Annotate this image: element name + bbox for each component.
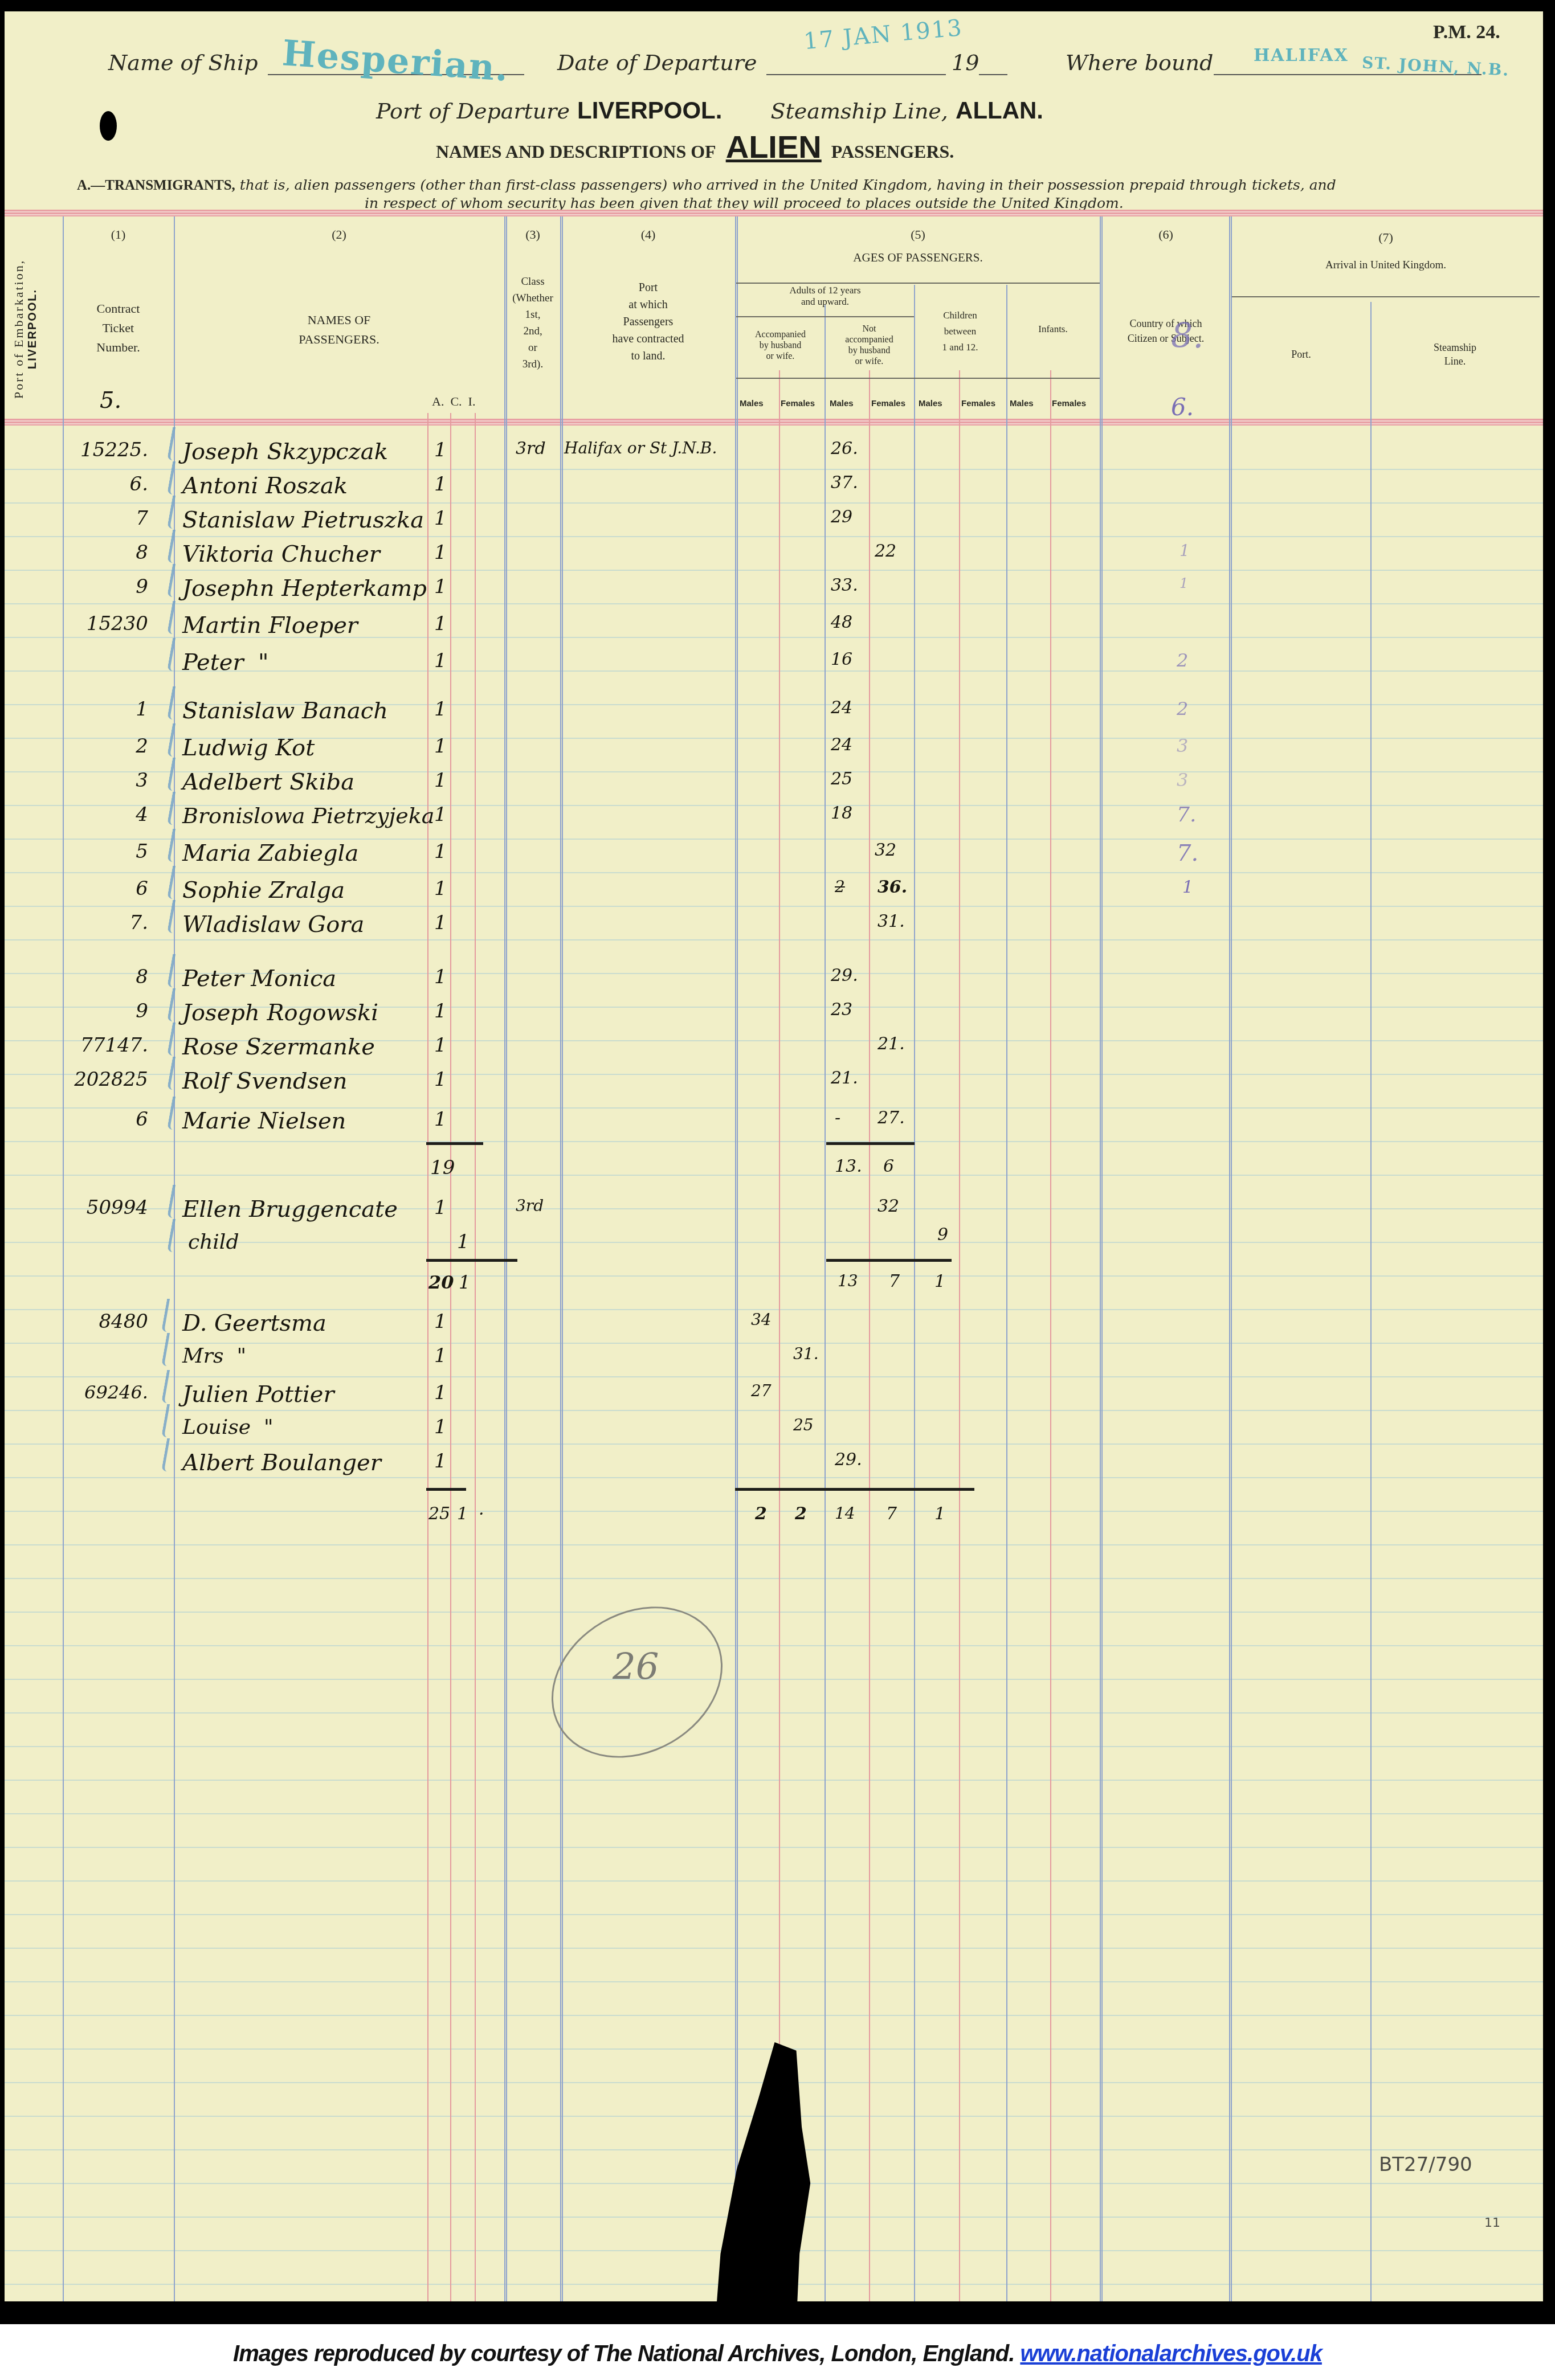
age-female-not-accompanied: 21. xyxy=(878,1034,905,1054)
ticket-number: 7 xyxy=(136,507,148,530)
col5-adults-line: Adults of 12 years xyxy=(736,285,914,296)
subtotal-row-2: 20 1 13 7 1 xyxy=(0,1271,1538,1303)
ticket-number: 2 xyxy=(136,735,148,758)
departure-underline xyxy=(766,74,946,75)
passenger-name: Stanislaw Banach xyxy=(182,698,388,724)
grand-total-row: 25 1 · 2 2 14 7 1 xyxy=(0,1504,1538,1535)
table-row: 1 Stanislaw Banach 1 24 2 xyxy=(0,698,1538,729)
col6-label: Country of which Citizen or Subject. xyxy=(1103,316,1229,346)
country-code: 7. xyxy=(1177,840,1198,866)
ticket-number: 202825 xyxy=(74,1068,148,1091)
col3-label-line: (Whether xyxy=(504,290,561,306)
col1-label-line: Number. xyxy=(63,338,174,357)
col5-children: Children between 1 and 12. xyxy=(914,308,1006,355)
subtotal-1-rule-left xyxy=(426,1142,483,1145)
country-code: 1 xyxy=(1182,877,1193,897)
passenger-name: Adelbert Skiba xyxy=(182,769,354,795)
col7-line-line: Line. xyxy=(1370,354,1540,368)
passenger-name: Bronislowa Pietrzyjeka xyxy=(182,803,434,828)
col5-notacc-line: or wife. xyxy=(825,356,914,367)
section-description: A.—TRANSMIGRANTS, that is, alien passeng… xyxy=(77,175,1479,195)
subtotal-1-rule-right xyxy=(826,1142,915,1145)
grand-total-rule-left xyxy=(426,1488,466,1491)
ages-subrule-2 xyxy=(736,316,914,317)
class: 3rd xyxy=(516,439,546,459)
col5-label: AGES OF PASSENGERS. xyxy=(736,251,1100,265)
age-male-accompanied: 27 xyxy=(751,1381,772,1400)
total-adults: 25 xyxy=(428,1504,450,1524)
col1-label-line: Ticket xyxy=(63,318,174,338)
subtotal-children: 1 xyxy=(459,1271,470,1293)
passenger-name: Rolf Svendsen xyxy=(182,1068,348,1094)
table-row: 4 Bronislowa Pietrzyjeka 1 18 7. xyxy=(0,803,1538,835)
table-row: Louise " 1 25 xyxy=(0,1416,1538,1447)
subtotal-2-rule-right xyxy=(826,1259,952,1262)
passenger-name: Antoni Roszak xyxy=(182,473,348,499)
table-row: 6 Marie Nielsen 1 - 27. xyxy=(0,1108,1538,1139)
age-male-not-accompanied: - xyxy=(835,1108,840,1128)
age-female-accompanied: 25 xyxy=(793,1416,814,1434)
table-row: 8 Viktoria Chucher 1 22 1 xyxy=(0,541,1538,572)
passenger-name: Maria Zabiegla xyxy=(182,840,358,866)
col6-label-line: Country of which xyxy=(1103,316,1229,331)
passenger-name: D. Geertsma xyxy=(182,1310,326,1336)
adult-count: 1 xyxy=(434,575,447,598)
table-row: 3 Adelbert Skiba 1 25 3 xyxy=(0,769,1538,800)
passenger-name: Joseph Rogowski xyxy=(182,1000,378,1026)
country-batch-mark: 6. xyxy=(1171,393,1194,421)
table-row: 9 Joseph Rogowski 1 23 xyxy=(0,1000,1538,1031)
age-female-accompanied: 31. xyxy=(793,1344,819,1363)
males-label: Males xyxy=(919,399,942,408)
header-bottom-rule xyxy=(5,419,1543,426)
adult-count: 1 xyxy=(434,1381,447,1404)
footer-link[interactable]: www.nationalarchives.gov.uk xyxy=(1020,2341,1321,2366)
age-male-not-accompanied: 21. xyxy=(831,1068,858,1088)
archive-reference-mark: 11 xyxy=(1484,2216,1500,2230)
grand-total-rule-right xyxy=(735,1488,974,1491)
adult-count: 1 xyxy=(434,803,447,826)
passenger-name: Sophie Zralga xyxy=(182,877,345,903)
passenger-name: Martin Floeper xyxy=(182,612,358,639)
col5-notacc-line: accompanied xyxy=(825,334,914,345)
age-male-not-accompanied: 37. xyxy=(831,473,858,493)
col3-label-line: Class xyxy=(504,273,561,290)
col1-number: (1) xyxy=(63,225,174,244)
ticket-number: 8480 xyxy=(99,1310,148,1333)
adult-count: 1 xyxy=(434,507,447,530)
age-male-not-accompanied: 26. xyxy=(831,439,858,459)
table-row: Peter " 1 16 2 xyxy=(0,649,1538,681)
ship-label: Name of Ship xyxy=(108,50,258,75)
col5-adults: Adults of 12 years and upward. xyxy=(736,285,914,308)
males-label: Males xyxy=(740,399,764,408)
adult-count: 1 xyxy=(434,966,447,988)
adult-count: 1 xyxy=(434,1108,447,1131)
total-male-children: 1 xyxy=(934,1504,945,1524)
ticket-batch-mark: 5. xyxy=(100,387,121,414)
col6-number: (6) xyxy=(1103,225,1229,244)
col5-adults-line: and upward. xyxy=(736,296,914,308)
ticket-number: 6. xyxy=(130,473,148,496)
footer-text: Images reproduced by courtesy of The Nat… xyxy=(233,2341,1014,2366)
col4-label-line: to land. xyxy=(561,347,735,365)
passenger-name: Ludwig Kot xyxy=(182,735,315,761)
subtotal-female-not-accompanied: 7 xyxy=(889,1271,900,1291)
section-label: A.—TRANSMIGRANTS, xyxy=(77,178,235,193)
table-row: Mrs " 1 31. xyxy=(0,1344,1538,1376)
total-infants: · xyxy=(479,1504,484,1524)
total-children: 1 xyxy=(457,1504,468,1524)
age-female-children: 9 xyxy=(937,1225,948,1245)
age-male-not-accompanied: 23 xyxy=(831,1000,852,1020)
steamship-line: ALLAN. xyxy=(956,97,1043,124)
ticket-number: 5 xyxy=(136,840,148,863)
col3-number: (3) xyxy=(504,225,561,244)
header-top-rule xyxy=(5,210,1543,216)
age-male-not-accompanied: 29. xyxy=(835,1450,862,1470)
adult-count: 1 xyxy=(434,1068,447,1091)
port-of-departure-label: Port of Departure xyxy=(376,99,570,124)
passenger-name: Ellen Bruggencate xyxy=(182,1196,398,1222)
subtotal-adults: 20 xyxy=(428,1271,454,1293)
age-female-not-accompanied: 31. xyxy=(878,911,905,931)
adult-count: 1 xyxy=(434,1310,447,1333)
table-row: 9 Josephn Hepterkamp 1 33. 1 xyxy=(0,575,1538,607)
col2-label: NAMES OF PASSENGERS. xyxy=(174,310,504,349)
col5-number: (5) xyxy=(736,225,1100,244)
ticket-number: 1 xyxy=(136,698,148,721)
age-male-not-accompanied: 29. xyxy=(831,966,858,985)
title-emph: ALIEN xyxy=(726,129,822,165)
col2-aci-sub: A. C. I. xyxy=(432,394,475,409)
col2-label-line: NAMES OF xyxy=(174,310,504,330)
punch-hole xyxy=(100,111,117,141)
col4-label-line: Passengers xyxy=(561,313,735,330)
country-code: 3 xyxy=(1177,735,1188,756)
age-female-not-accompanied: 27. xyxy=(878,1108,905,1128)
total-female-accompanied: 2 xyxy=(795,1504,807,1524)
table-row: 7. Wladislaw Gora 1 31. xyxy=(0,911,1538,943)
form-code: P.M. 24. xyxy=(1433,22,1500,43)
title-post: PASSENGERS. xyxy=(831,141,954,162)
class: 3rd xyxy=(516,1196,544,1215)
ticket-number: 7. xyxy=(130,911,148,934)
table-row: 50994 Ellen Bruggencate 1 3rd 32 xyxy=(0,1196,1538,1228)
col2-label-line: PASSENGERS. xyxy=(174,330,504,349)
col6-label-line: Citizen or Subject. xyxy=(1103,331,1229,346)
col7-number: (7) xyxy=(1232,228,1540,247)
col7-steamship-line: Steamship Line. xyxy=(1370,341,1540,368)
col7-label: Arrival in United Kingdom. xyxy=(1232,259,1540,272)
subtotal-male-not-accompanied: 13 xyxy=(838,1271,858,1290)
passenger-name: Viktoria Chucher xyxy=(182,541,380,567)
col5-children-line: Children xyxy=(914,308,1006,324)
passenger-name: Rose Szermanke xyxy=(182,1034,375,1060)
ticket-number: 6 xyxy=(136,1108,148,1131)
col5-acc-line: by husband xyxy=(736,340,825,351)
adult-count: 1 xyxy=(434,911,447,934)
adult-count: 1 xyxy=(434,1000,447,1023)
adult-count: 1 xyxy=(434,541,447,564)
col5-not-accompanied: Not accompanied by husband or wife. xyxy=(825,324,914,367)
age-female-not-accompanied: 22 xyxy=(875,541,896,561)
country-code: 1 xyxy=(1179,575,1188,591)
col4-label: Port at which Passengers have contracted… xyxy=(561,279,735,365)
passenger-name: Marie Nielsen xyxy=(182,1108,346,1134)
departure-line: Port of Departure LIVERPOOL. Steamship L… xyxy=(376,97,1043,124)
arrival-subrule xyxy=(1232,296,1540,297)
subtotal-2-rule-left xyxy=(426,1259,517,1262)
age-male-not-accompanied: 16 xyxy=(831,649,852,669)
ticket-number: 77147. xyxy=(80,1034,148,1057)
section-text-1: that is, alien passengers (other than fi… xyxy=(240,177,1336,193)
passenger-name: Mrs " xyxy=(182,1344,246,1368)
subtotal-female-not-accompanied: 6 xyxy=(883,1156,894,1176)
passenger-name: Wladislaw Gora xyxy=(182,911,364,938)
adult-count: 1 xyxy=(434,1034,447,1057)
col4-number: (4) xyxy=(561,225,735,244)
country-code: 2 xyxy=(1177,698,1188,719)
section-text-2: in respect of whom security has been giv… xyxy=(365,195,1124,211)
table-row: 15225. Joseph Skzypczak 1 3rd Halifax or… xyxy=(0,439,1538,470)
adult-count: 1 xyxy=(434,769,447,792)
adult-count: 1 xyxy=(434,612,447,635)
ticket-number: 9 xyxy=(136,575,148,598)
year-underline xyxy=(979,74,1007,75)
col4-label-line: have contracted xyxy=(561,330,735,347)
ticket-number: 9 xyxy=(136,1000,148,1023)
ticket-number: 50994 xyxy=(87,1196,148,1219)
adult-count: 1 xyxy=(434,649,447,672)
side-label-line2: LIVERPOOL. xyxy=(26,259,39,399)
departure-label: Date of Departure xyxy=(557,50,757,75)
table-row: 77147. Rose Szermanke 1 21. xyxy=(0,1034,1538,1065)
sex-subheaders: Males Females Males Females Males Female… xyxy=(736,399,1100,410)
col4-label-line: at which xyxy=(561,296,735,313)
passenger-name: Josephn Hepterkamp xyxy=(182,575,427,602)
ticket-number: 8 xyxy=(136,541,148,564)
ticket-number: 6 xyxy=(136,877,148,900)
table-row: 2 Ludwig Kot 1 24 3 xyxy=(0,735,1538,766)
table-row: 8 Peter Monica 1 29. xyxy=(0,966,1538,997)
footer-credit: Images reproduced by courtesy of The Nat… xyxy=(0,2341,1555,2367)
table-row: 202825 Rolf Svendsen 1 21. xyxy=(0,1068,1538,1099)
country-code: 2 xyxy=(1177,649,1188,671)
age-female-not-accompanied: 32 xyxy=(878,1196,899,1216)
age-male-not-accompanied: 33. xyxy=(831,575,858,595)
country-code: 3 xyxy=(1177,769,1188,791)
col5-acc-line: or wife. xyxy=(736,351,825,362)
where-bound-label: Where bound xyxy=(1066,50,1213,75)
col5-acc-line: Accompanied xyxy=(736,329,825,340)
ticket-number: 15230 xyxy=(87,612,148,635)
col1-label: Contract Ticket Number. xyxy=(63,299,174,357)
col4-label-line: Port xyxy=(561,279,735,296)
age-male-not-accompanied: 18 xyxy=(831,803,852,823)
adult-count: 1 xyxy=(434,1450,447,1473)
age-female-not-accompanied: 32 xyxy=(875,840,896,860)
col5-accompanied: Accompanied by husband or wife. xyxy=(736,329,825,362)
table-row: 6 Sophie Zralga 1 2 36. 1 xyxy=(0,877,1538,909)
country-code: 7. xyxy=(1177,803,1196,827)
col2-number: (2) xyxy=(174,225,504,244)
col3-label-line: 2nd, xyxy=(504,323,561,340)
passenger-name: Peter Monica xyxy=(182,966,336,992)
age-male-not-accompanied-struck: 2 xyxy=(835,877,845,896)
age-male-not-accompanied: 48 xyxy=(831,612,852,632)
port-to-land: Halifax or St J.N.B. xyxy=(564,439,717,457)
table-row: 5 Maria Zabiegla 1 32 7. xyxy=(0,840,1538,872)
table-row: 8480 D. Geertsma 1 34 xyxy=(0,1310,1538,1342)
total-female-not-accompanied: 7 xyxy=(886,1504,897,1524)
adult-count: 1 xyxy=(434,698,447,721)
col3-label-line: 3rd). xyxy=(504,356,561,373)
age-male-not-accompanied: 24 xyxy=(831,735,852,755)
side-label: Port of Embarkation, LIVERPOOL. xyxy=(11,259,39,399)
col7-port: Port. xyxy=(1232,349,1370,361)
col3-label-line: or xyxy=(504,340,561,356)
col3-label: Class (Whether 1st, 2nd, or 3rd). xyxy=(504,273,561,373)
subtotal-row-1: 19 13. 6 xyxy=(0,1156,1538,1188)
ticket-number: 3 xyxy=(136,769,148,792)
table-row: 6. Antoni Roszak 1 37. xyxy=(0,473,1538,504)
adult-count: 1 xyxy=(434,735,447,758)
table-row: 15230 Martin Floeper 1 48 xyxy=(0,612,1538,644)
table-row: Albert Boulanger 1 29. xyxy=(0,1450,1538,1481)
col3-label-line: 1st, xyxy=(504,306,561,323)
passenger-name: Stanislaw Pietruszka xyxy=(182,507,424,533)
females-label: Females xyxy=(871,399,905,408)
ages-subrule-3 xyxy=(736,378,1100,379)
females-label: Females xyxy=(961,399,995,408)
form-title: NAMES AND DESCRIPTIONS OF ALIEN PASSENGE… xyxy=(436,128,954,165)
steamship-line-label: Steamship Line, xyxy=(771,99,948,124)
table-row: 69246. Julien Pottier 1 27 xyxy=(0,1381,1538,1413)
col5-notacc-line: by husband xyxy=(825,345,914,356)
child-count: 1 xyxy=(457,1230,470,1253)
table-row: child 1 9 xyxy=(0,1230,1538,1262)
port-of-departure: LIVERPOOL. xyxy=(577,97,722,124)
col5-notacc-line: Not xyxy=(825,324,914,334)
ages-subrule-1 xyxy=(736,283,1100,284)
males-label: Males xyxy=(830,399,854,408)
passenger-name: Albert Boulanger xyxy=(182,1450,381,1476)
age-male-not-accompanied: 25 xyxy=(831,769,852,789)
ticket-number: 15225. xyxy=(80,439,148,461)
archive-reference: BT27/790 xyxy=(1379,2153,1472,2176)
adult-count: 1 xyxy=(434,877,447,900)
adult-count: 1 xyxy=(434,840,447,863)
table-row: 7 Stanislaw Pietruszka 1 29 xyxy=(0,507,1538,538)
subtotal-male-children: 1 xyxy=(934,1271,945,1291)
males-label: Males xyxy=(1010,399,1034,408)
col1-label-line: Contract xyxy=(63,299,174,318)
side-label-line1: Port of Embarkation, xyxy=(11,259,26,399)
passenger-name: Julien Pottier xyxy=(182,1381,334,1408)
year-prefix: 19 xyxy=(952,50,979,75)
adult-count: 1 xyxy=(434,439,447,461)
col7-line-line: Steamship xyxy=(1370,341,1540,354)
passenger-name: Peter " xyxy=(182,649,268,676)
title-pre: NAMES AND DESCRIPTIONS OF xyxy=(436,141,716,162)
age-male-not-accompanied: 29 xyxy=(831,507,852,527)
age-female-not-accompanied: 36. xyxy=(878,877,907,897)
age-male-accompanied: 34 xyxy=(751,1310,772,1329)
ticket-number: 69246. xyxy=(84,1381,148,1403)
passenger-name: child xyxy=(188,1230,239,1254)
country-code: 1 xyxy=(1179,541,1190,560)
adult-count: 1 xyxy=(434,1344,447,1367)
col5-children-line: between xyxy=(914,324,1006,340)
circled-count-value: 26 xyxy=(613,1646,659,1688)
col5-infants: Infants. xyxy=(1006,324,1100,335)
passenger-name: Joseph Skzypczak xyxy=(182,439,388,465)
passenger-name: Louise " xyxy=(182,1416,274,1439)
total-male-not-accompanied: 14 xyxy=(835,1504,855,1523)
ticket-number: 8 xyxy=(136,966,148,988)
where-bound-stamp-1: HALIFAX xyxy=(1254,46,1349,66)
ticket-number: 4 xyxy=(136,803,148,826)
col5-children-line: 1 and 12. xyxy=(914,340,1006,355)
adult-count: 1 xyxy=(434,1196,447,1219)
country-overwrite-mark: 8. xyxy=(1171,316,1203,356)
adult-count: 1 xyxy=(434,1416,447,1438)
total-male-accompanied: 2 xyxy=(755,1504,767,1524)
adult-count: 1 xyxy=(434,473,447,496)
females-label: Females xyxy=(1052,399,1086,408)
subtotal-male-not-accompanied: 13. xyxy=(835,1156,862,1176)
subtotal-adults: 19 xyxy=(430,1156,455,1179)
age-male-not-accompanied: 24 xyxy=(831,698,852,718)
females-label: Females xyxy=(781,399,815,408)
